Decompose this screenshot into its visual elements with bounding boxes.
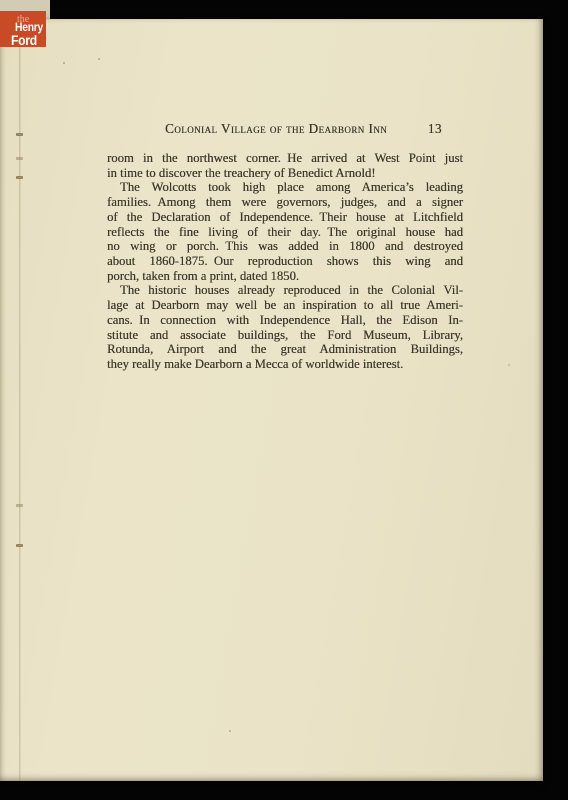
text-line: about 1860-1875. Our reproduction shows … [107, 254, 463, 269]
text-line: cans. In connection with Independence Ha… [107, 313, 463, 328]
staple-mark [16, 504, 23, 507]
body-text: room in the northwest corner. He arrived… [107, 151, 463, 372]
text-line: The historic houses already reproduced i… [107, 283, 463, 298]
scanned-page: Colonial Village of the Dearborn Inn 13 … [0, 19, 543, 781]
logo-text-ford: Ford [11, 34, 37, 48]
paper-speck [98, 58, 100, 60]
text-line: Rotunda, Airport and the great Administr… [107, 342, 463, 357]
text-line: lage at Dearborn may well be an inspirat… [107, 298, 463, 313]
text-line: stitute and associate buildings, the For… [107, 328, 463, 343]
page-number: 13 [428, 121, 442, 137]
page-title: Colonial Village of the Dearborn Inn [165, 121, 387, 137]
text-line: in time to discover the treachery of Ben… [107, 166, 463, 181]
paper-speck [63, 62, 65, 64]
staple-mark [16, 544, 23, 547]
paper-speck [229, 730, 231, 732]
text-line: families. Among them were governors, jud… [107, 195, 463, 210]
text-line: no wing or porch. This was added in 1800… [107, 239, 463, 254]
staple-mark [16, 176, 23, 179]
staple-mark [16, 133, 23, 136]
text-line: they really make Dearborn a Mecca of wor… [107, 357, 463, 372]
staple-mark [16, 157, 23, 160]
text-line: room in the northwest corner. He arrived… [107, 151, 463, 166]
running-head: Colonial Village of the Dearborn Inn 13 [107, 121, 463, 137]
paper-speck [508, 364, 510, 366]
text-line: reflects the fine living of their day. T… [107, 225, 463, 240]
text-line: The Wolcotts took high place among Ameri… [107, 180, 463, 195]
text-line: of the Declaration of Independence. Thei… [107, 210, 463, 225]
text-line: porch, taken from a print, dated 1850. [107, 269, 463, 284]
henry-ford-logo: the Henry Ford [0, 11, 46, 47]
